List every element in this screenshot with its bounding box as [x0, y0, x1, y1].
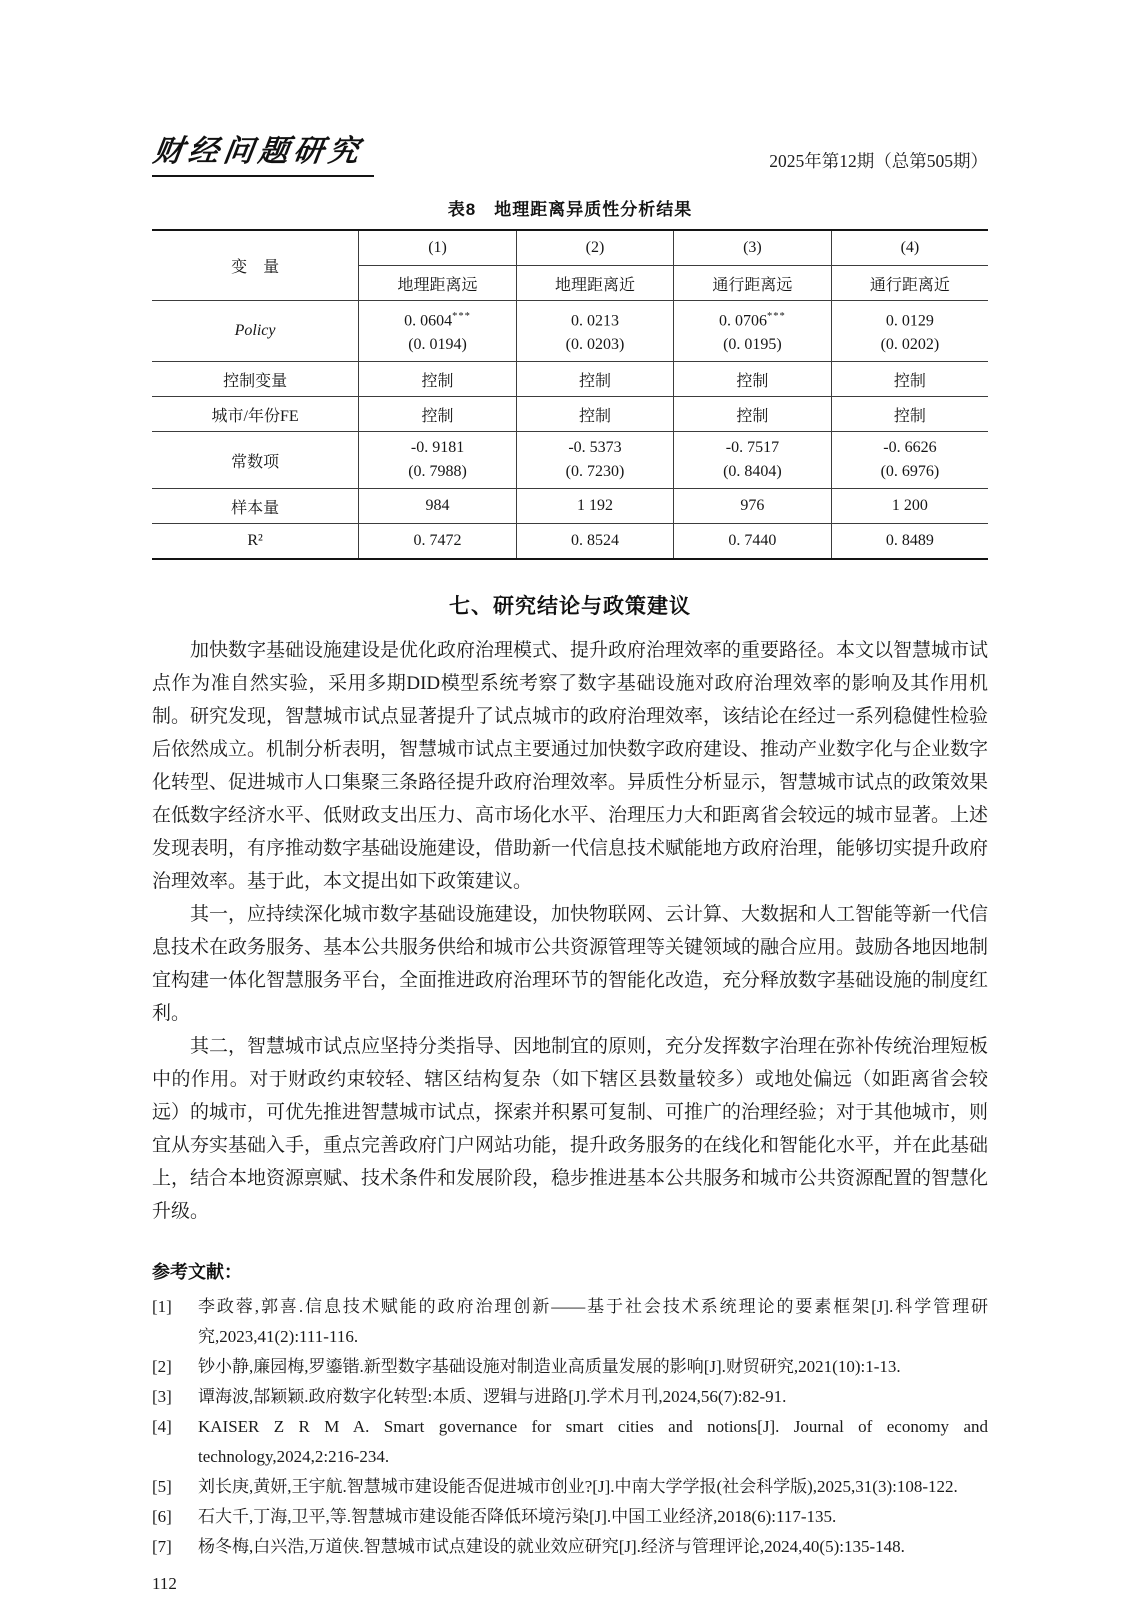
std-error: (0. 0202)	[836, 333, 984, 357]
coef-value: 0. 0213	[571, 312, 619, 329]
reference-text: 钞小静,廉园梅,罗鎏锴.新型数字基础设施对制造业高质量发展的影响[J].财贸研究…	[198, 1357, 901, 1376]
reference-item: [7] 杨冬梅,白兴浩,万道侠.智慧城市试点建设的就业效应研究[J].经济与管理…	[152, 1532, 988, 1562]
table-cell: 0. 7472	[359, 524, 517, 560]
table-cell: 0. 0706*** (0. 0195)	[674, 301, 832, 362]
coef-value: 0. 0604	[404, 312, 452, 329]
table-cell: 0. 0213 (0. 0203)	[516, 301, 673, 362]
coef-value: 0. 0706	[719, 312, 767, 329]
table-cell: 控制	[359, 397, 517, 432]
table-header-name-2: 地理距离近	[516, 266, 673, 301]
reference-text: KAISER Z R M A. Smart governance for sma…	[198, 1417, 988, 1466]
table-row-constant: 常数项 -0. 9181 (0. 7988) -0. 5373 (0. 7230…	[152, 432, 988, 489]
std-error: (0. 7230)	[521, 460, 669, 484]
reference-number: [7]	[152, 1532, 172, 1562]
table-header-col-3: (3)	[674, 230, 832, 266]
reference-item: [2] 钞小静,廉园梅,罗鎏锴.新型数字基础设施对制造业高质量发展的影响[J].…	[152, 1352, 988, 1382]
table-cell: 0. 7440	[674, 524, 832, 560]
results-table: 变 量 (1) (2) (3) (4) 地理距离远 地理距离近 通行距离远 通行…	[152, 229, 988, 560]
table-header-variable: 变 量	[152, 230, 359, 301]
journal-logo-text: 财经问题研究	[151, 126, 367, 170]
table-cell: 976	[674, 489, 832, 524]
reference-text: 杨冬梅,白兴浩,万道侠.智慧城市试点建设的就业效应研究[J].经济与管理评论,2…	[198, 1537, 905, 1556]
reference-number: [5]	[152, 1472, 172, 1502]
table-cell: -0. 9181 (0. 7988)	[359, 432, 517, 489]
section-heading: 七、研究结论与政策建议	[152, 590, 988, 620]
std-error: (0. 6976)	[836, 460, 984, 484]
std-error: (0. 0195)	[678, 333, 827, 357]
table-cell: -0. 6626 (0. 6976)	[831, 432, 988, 489]
table-cell: 控制	[516, 362, 673, 397]
reference-number: [6]	[152, 1502, 172, 1532]
table-cell: 控制	[831, 397, 988, 432]
journal-logo: 财经问题研究	[152, 126, 374, 177]
reference-text: 李政蓉,郭喜.信息技术赋能的政府治理创新——基于社会技术系统理论的要素框架[J]…	[198, 1297, 988, 1346]
issue-info: 2025年第12期（总第505期）	[769, 148, 988, 177]
paper-page: 财经问题研究 2025年第12期（总第505期） 表8 地理距离异质性分析结果 …	[0, 0, 1140, 1600]
body-paragraph-3: 其二，智慧城市试点应坚持分类指导、因地制宜的原则，充分发挥数字治理在弥补传统治理…	[152, 1030, 988, 1228]
table-header-col-1: (1)	[359, 230, 517, 266]
table-header-row-1: 变 量 (1) (2) (3) (4)	[152, 230, 988, 266]
table-cell: 控制	[359, 362, 517, 397]
table-cell: 0. 0129 (0. 0202)	[831, 301, 988, 362]
reference-item: [6] 石大千,丁海,卫平,等.智慧城市建设能否降低环境污染[J].中国工业经济…	[152, 1502, 988, 1532]
table-cell: 0. 8489	[831, 524, 988, 560]
table-row-r-squared: R² 0. 7472 0. 8524 0. 7440 0. 8489	[152, 524, 988, 560]
significance-stars: ***	[767, 311, 786, 322]
row-label-r-squared: R²	[152, 524, 359, 560]
reference-number: [1]	[152, 1292, 172, 1322]
table-header-col-4: (4)	[831, 230, 988, 266]
table-header-col-2: (2)	[516, 230, 673, 266]
coef-value: -0. 7517	[678, 436, 827, 460]
reference-text: 谭海波,郜颖颖.政府数字化转型:本质、逻辑与进路[J].学术月刊,2024,56…	[198, 1387, 786, 1406]
reference-text: 石大千,丁海,卫平,等.智慧城市建设能否降低环境污染[J].中国工业经济,201…	[198, 1507, 836, 1526]
table-cell: 0. 0604*** (0. 0194)	[359, 301, 517, 362]
table-row-policy: Policy 0. 0604*** (0. 0194) 0. 0213 (0. …	[152, 301, 988, 362]
std-error: (0. 0194)	[363, 333, 512, 357]
table-row-sample-size: 样本量 984 1 192 976 1 200	[152, 489, 988, 524]
reference-item: [3] 谭海波,郜颖颖.政府数字化转型:本质、逻辑与进路[J].学术月刊,202…	[152, 1382, 988, 1412]
table-header-name-3: 通行距离远	[674, 266, 832, 301]
body-paragraph-1: 加快数字基础设施建设是优化政府治理模式、提升政府治理效率的重要路径。本文以智慧城…	[152, 634, 988, 898]
reference-number: [4]	[152, 1412, 172, 1442]
reference-item: [5] 刘长庚,黄妍,王宇航.智慧城市建设能否促进城市创业?[J].中南大学学报…	[152, 1472, 988, 1502]
section-body: 加快数字基础设施建设是优化政府治理模式、提升政府治理效率的重要路径。本文以智慧城…	[152, 634, 988, 1228]
table-cell: 1 200	[831, 489, 988, 524]
table-cell: 0. 8524	[516, 524, 673, 560]
table-title: 表8 地理距离异质性分析结果	[152, 195, 988, 220]
std-error: (0. 0203)	[521, 333, 669, 357]
std-error: (0. 8404)	[678, 460, 827, 484]
table-header-name-1: 地理距离远	[359, 266, 517, 301]
table-cell: 控制	[831, 362, 988, 397]
reference-text: 刘长庚,黄妍,王宇航.智慧城市建设能否促进城市创业?[J].中南大学学报(社会科…	[198, 1477, 958, 1496]
coef-value: -0. 5373	[521, 436, 669, 460]
row-label-constant: 常数项	[152, 432, 359, 489]
reference-number: [2]	[152, 1352, 172, 1382]
coef-value: -0. 6626	[836, 436, 984, 460]
row-label-controls: 控制变量	[152, 362, 359, 397]
reference-item: [4] KAISER Z R M A. Smart governance for…	[152, 1412, 988, 1472]
table-cell: 控制	[674, 397, 832, 432]
significance-stars: ***	[452, 311, 471, 322]
reference-number: [3]	[152, 1382, 172, 1412]
row-label-policy: Policy	[152, 301, 359, 362]
table-header-name-4: 通行距离近	[831, 266, 988, 301]
table-cell: 1 192	[516, 489, 673, 524]
table-cell: 控制	[674, 362, 832, 397]
page-number: 112	[152, 1574, 988, 1594]
table-cell: 控制	[516, 397, 673, 432]
page-header: 财经问题研究 2025年第12期（总第505期）	[152, 126, 988, 177]
references-heading: 参考文献：	[152, 1258, 988, 1284]
coef-value: 0. 0129	[886, 312, 934, 329]
coef-value: -0. 9181	[363, 436, 512, 460]
std-error: (0. 7988)	[363, 460, 512, 484]
table-cell: 984	[359, 489, 517, 524]
body-paragraph-2: 其一，应持续深化城市数字基础设施建设，加快物联网、云计算、大数据和人工智能等新一…	[152, 898, 988, 1030]
row-label-fixed-effects: 城市/年份FE	[152, 397, 359, 432]
table-cell: -0. 5373 (0. 7230)	[516, 432, 673, 489]
table-cell: -0. 7517 (0. 8404)	[674, 432, 832, 489]
table-row-fixed-effects: 城市/年份FE 控制 控制 控制 控制	[152, 397, 988, 432]
references-list: [1] 李政蓉,郭喜.信息技术赋能的政府治理创新——基于社会技术系统理论的要素框…	[152, 1292, 988, 1562]
reference-item: [1] 李政蓉,郭喜.信息技术赋能的政府治理创新——基于社会技术系统理论的要素框…	[152, 1292, 988, 1352]
table-row-controls: 控制变量 控制 控制 控制 控制	[152, 362, 988, 397]
row-label-sample-size: 样本量	[152, 489, 359, 524]
